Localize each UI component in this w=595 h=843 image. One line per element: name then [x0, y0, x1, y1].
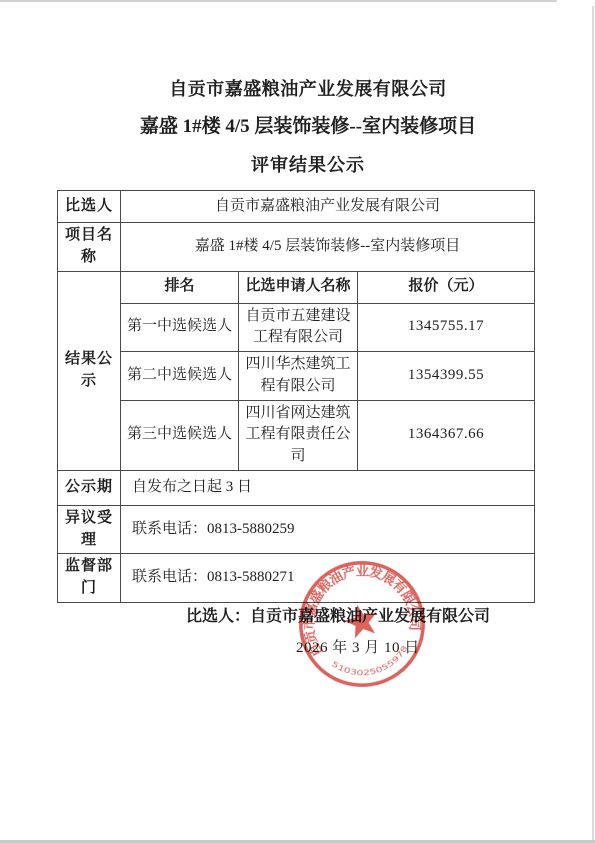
objection-label: 异议受理 [58, 505, 121, 554]
period-label: 公示期 [58, 470, 121, 505]
document-title: 自贡市嘉盛粮油产业发展有限公司 嘉盛 1#楼 4/5 层装饰装修--室内装修项目… [0, 70, 595, 184]
table-row: 比选人 自贡市嘉盛粮油产业发展有限公司 [58, 191, 535, 223]
signature-line: 比选人：自贡市嘉盛粮油产业发展有限公司 [186, 603, 490, 626]
title-project: 嘉盛 1#楼 4/5 层装饰装修--室内装修项目 [0, 108, 595, 146]
candidate-name: 自贡市五建建设工程有限公司 [239, 303, 358, 352]
signature-company: 自贡市嘉盛粮油产业发展有限公司 [250, 608, 490, 625]
candidate-rank: 第二中选候选人 [121, 352, 239, 401]
bidder-value: 自贡市嘉盛粮油产业发展有限公司 [121, 191, 535, 223]
bidder-label: 比选人 [58, 191, 121, 223]
column-header-rank: 排名 [121, 271, 239, 303]
candidate-row: 第二中选候选人 四川华杰建筑工程有限公司 1354399.55 [58, 352, 535, 401]
signature-label: 比选人： [186, 608, 250, 625]
column-header-applicant: 比选申请人名称 [239, 271, 358, 303]
table-row: 结果公示 排名 比选申请人名称 报价（元） [58, 271, 535, 303]
candidate-name: 四川省网达建筑工程有限责任公司 [239, 400, 358, 470]
project-label: 项目名称 [58, 223, 121, 272]
table-row: 异议受理 联系电话：0813-5880259 [58, 505, 535, 554]
candidate-price: 1354399.55 [358, 352, 535, 401]
candidate-row: 第三中选候选人 四川省网达建筑工程有限责任公司 1364367.66 [58, 400, 535, 470]
table-row: 公示期 自发布之日起 3 日 [58, 470, 535, 505]
candidate-rank: 第一中选候选人 [121, 303, 239, 352]
signature-date: 2026 年 3 月 10 日 [296, 636, 420, 657]
title-result: 评审结果公示 [0, 146, 595, 184]
scan-edge-top [0, 0, 557, 2]
column-header-price: 报价（元） [358, 271, 535, 303]
title-company: 自贡市嘉盛粮油产业发展有限公司 [0, 70, 595, 108]
results-label: 结果公示 [58, 271, 121, 470]
project-value: 嘉盛 1#楼 4/5 层装饰装修--室内装修项目 [121, 223, 535, 272]
supervisor-label: 监督部门 [58, 554, 121, 603]
candidate-rank: 第三中选候选人 [121, 400, 239, 470]
objection-value: 联系电话：0813-5880259 [121, 505, 535, 554]
candidate-name: 四川华杰建筑工程有限公司 [239, 352, 358, 401]
candidate-row: 第一中选候选人 自贡市五建建设工程有限公司 1345755.17 [58, 303, 535, 352]
supervisor-value: 联系电话：0813-5880271 [121, 554, 535, 603]
table-row: 项目名称 嘉盛 1#楼 4/5 层装饰装修--室内装修项目 [58, 223, 535, 272]
candidate-price: 1364367.66 [358, 400, 535, 470]
table-row: 监督部门 联系电话：0813-5880271 [58, 554, 535, 603]
period-value: 自发布之日起 3 日 [121, 470, 535, 505]
candidate-price: 1345755.17 [358, 303, 535, 352]
announcement-page: 自贡市嘉盛粮油产业发展有限公司 嘉盛 1#楼 4/5 层装饰装修--室内装修项目… [0, 0, 595, 843]
result-table: 比选人 自贡市嘉盛粮油产业发展有限公司 项目名称 嘉盛 1#楼 4/5 层装饰装… [57, 190, 535, 603]
